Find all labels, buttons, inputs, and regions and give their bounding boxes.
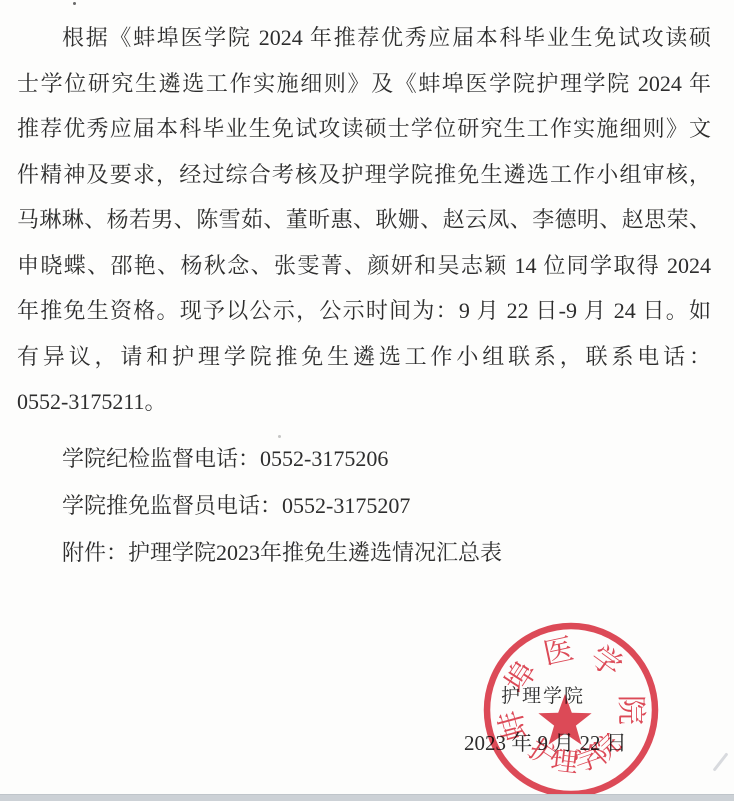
text-line: 根据《蚌埠医学院 2024 年推荐优秀应届本科毕业生免试攻读硕 [17,15,711,61]
seal-arc-char: 院 [614,695,647,725]
seal-arc-char: 蚌 [494,707,534,745]
phone-line: 0552-3175211。 [17,379,711,425]
attachment-line: 附件：护理学院2023年推免生遴选情况汇总表 [17,529,711,576]
text-line: 士学位研究生遴选工作实施细则》及《蚌埠医学院护理学院 2024 年 [17,61,711,107]
text-line: 推荐优秀应届本科毕业生免试攻读硕士学位研究生工作实施细则》文 [17,106,711,152]
official-seal: 蚌 埠 医 学 院 护 理 学 院 [481,620,661,800]
seal-graphic: 蚌 埠 医 学 院 护 理 学 院 [481,620,661,800]
text-line: 申晓蝶、邵艳、杨秋念、张雯菁、颜妍和吴志颖 14 位同学取得 2024 [17,243,711,289]
text-line: 马琳琳、杨若男、陈雪茹、董昕惠、耿姗、赵云凤、李德明、赵思荣、 [17,197,711,243]
text-line: 件精神及要求，经过综合考核及护理学院推免生遴选工作小组审核， [17,152,711,198]
scan-speck [278,435,281,438]
scan-smudge [713,752,729,771]
supervisor-phone-line: 学院推免监督员电话：0552-3175207 [17,482,711,529]
paragraph-main: 根据《蚌埠医学院 2024 年推荐优秀应届本科毕业生免试攻读硕 士学位研究生遴选… [17,15,711,425]
text-line: 年推免生资格。现予以公示，公示时间为：9 月 22 日-9 月 24 日。如 [17,288,711,334]
discipline-phone-line: 学院纪检监督电话：0552-3175206 [17,435,711,482]
scan-speck [563,29,565,31]
seal-arc-char: 医 [541,633,577,672]
scan-speck [73,2,76,5]
scan-bottom-edge [0,794,734,801]
scanned-announcement-page: 根据《蚌埠医学院 2024 年推荐优秀应届本科毕业生免试攻读硕 士学位研究生遴选… [0,0,734,801]
contact-block: 学院纪检监督电话：0552-3175206 学院推免监督员电话：0552-317… [17,435,711,576]
text-line: 有异议，请和护理学院推免生遴选工作小组联系，联系电话： [17,334,711,380]
